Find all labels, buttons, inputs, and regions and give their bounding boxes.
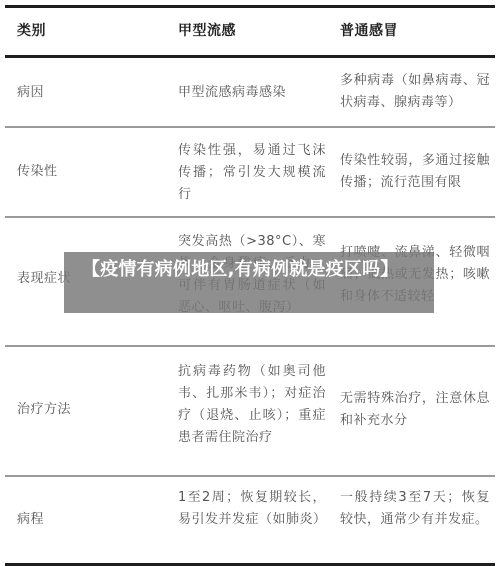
flu-a-treatment: 抗病毒药物（如奥司他韦、扎那米韦）；对症治疗（退烧、止咳）；重症患者需住院治疗 bbox=[178, 361, 326, 449]
row-label: 表现症状 bbox=[17, 268, 71, 290]
flu-a-course: 1至2周；恢复期较长，易引发并发症（如肺炎） bbox=[178, 487, 326, 531]
flu-a-cause: 甲型流感病毒感染 bbox=[178, 82, 326, 104]
header-flu-a: 甲型流感 bbox=[178, 20, 326, 42]
row-label: 病因 bbox=[17, 82, 44, 104]
table-row-contagiousness: 传染性 传染性强，易通过飞沫传播；常引发大规模流行 传染性较弱，多通过接触传播；… bbox=[5, 128, 495, 216]
common-cold-cause: 多种病毒（如鼻病毒、冠状病毒、腺病毒等） bbox=[340, 70, 490, 114]
table-row-treatment: 治疗方法 抗病毒药物（如奥司他韦、扎那米韦）；对症治疗（退烧、止咳）；重症患者需… bbox=[5, 347, 495, 475]
table-row-course: 病程 1至2周；恢复期较长，易引发并发症（如肺炎） 一般持续3至7天；恢复较快，… bbox=[5, 477, 495, 563]
table-row-cause: 病因 甲型流感病毒感染 多种病毒（如鼻病毒、冠状病毒、腺病毒等） bbox=[5, 58, 495, 126]
header-common-cold: 普通感冒 bbox=[340, 20, 490, 42]
row-label: 病程 bbox=[17, 509, 44, 531]
row-label: 治疗方法 bbox=[17, 399, 71, 421]
row-label: 传染性 bbox=[17, 161, 58, 183]
article-title-banner: 【疫情有病例地区,有病例就是疫区吗】 bbox=[64, 252, 434, 313]
common-cold-treatment: 无需特殊治疗，注意休息和补充水分 bbox=[340, 388, 490, 432]
article-title: 【疫情有病例地区,有病例就是疫区吗】 bbox=[82, 257, 432, 282]
table-header-row: 类别 甲型流感 普通感冒 bbox=[5, 8, 495, 55]
common-cold-contagiousness: 传染性较弱，多通过接触传播；流行范围有限 bbox=[340, 150, 490, 194]
common-cold-course: 一般持续3至7天；恢复较快，通常少有并发症。 bbox=[340, 487, 490, 531]
header-category: 类别 bbox=[17, 20, 46, 42]
flu-a-contagiousness: 传染性强，易通过飞沫传播；常引发大规模流行 bbox=[178, 140, 326, 206]
